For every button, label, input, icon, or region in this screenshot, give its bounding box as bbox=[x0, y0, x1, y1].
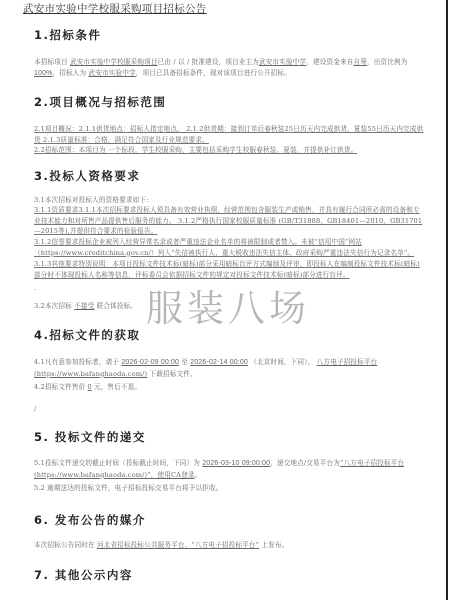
text: ，递交地点/交易平台为 bbox=[270, 459, 340, 467]
text: ，出资比例为 bbox=[367, 58, 407, 66]
section-3-heading: 3.投标人资格要求 bbox=[34, 168, 140, 184]
section-6-media: 本次招标公告同时在 河北省招标投标公共服务平台、“八方电子招投标平台” 上发布。 bbox=[34, 540, 426, 551]
section-4-heading: 4.招标文件的获取 bbox=[34, 327, 140, 343]
section-1-body: 本招标项目 武安市实验中学校服采购项目已由 / 以 / 批准建设，项目业主为武安… bbox=[34, 57, 426, 79]
section-4-price: 4.2招标文件售价 0 元，售后不退。 bbox=[34, 382, 426, 394]
text: （北京时间，下同）， bbox=[248, 358, 317, 366]
section-3-other: 3.1.3其他要求特别说明：本项目投标文件技术标(暗标)部分采用暗标盲评方式编制… bbox=[34, 259, 426, 280]
section-2-overview: 2.1项目概况：2.1.1供货地点：招标人指定地点。 2.1.2供货期：接到订单… bbox=[34, 124, 426, 145]
text: ，项目已具备招标条件，现对该项目进行公开招标。 bbox=[136, 69, 291, 77]
section-4-acquisition: 4.1凡有意参加投标者，请于 2026-02-09 00:00 至 2026-0… bbox=[34, 357, 426, 379]
section-5-submission: 5.1投标文件递交的截止时间（投标截止时间，下同）为 2026-03-10 09… bbox=[34, 458, 426, 480]
text: 元，售后不退。 bbox=[92, 383, 141, 391]
end-datetime: 2026-02-14 00:00 bbox=[190, 359, 248, 366]
funding-ratio: 100% bbox=[34, 70, 53, 77]
text: 本次招标公告同时在 bbox=[34, 541, 97, 549]
section-5-heading: 5. 投标文件的递交 bbox=[34, 429, 146, 445]
text: 至 bbox=[179, 358, 190, 366]
section-5-late: 5.2 逾期送达的投标文件，电子招标投标交易平台将予以拒收。 bbox=[34, 483, 426, 494]
project-name: 武安市实验中学校服采购项目 bbox=[70, 58, 158, 66]
text: 。 bbox=[195, 471, 202, 479]
text: 4.2招标文件售价 bbox=[34, 383, 88, 391]
text: 下载招标文件。 bbox=[147, 370, 196, 378]
text: 已由 / 以 / 批准建设，项目业主为 bbox=[158, 58, 259, 66]
funding-source: 自筹 bbox=[353, 58, 367, 66]
consortium-status: 不接受 bbox=[74, 302, 94, 310]
text: 本招标项目 bbox=[34, 58, 70, 66]
text: 5.1投标文件递交的截止时间（投标截止时间，下同）为 bbox=[34, 459, 202, 467]
section-4-slash: / bbox=[34, 404, 426, 415]
text: 联合体投标。 bbox=[94, 302, 137, 310]
tenderer-name: 武安市实验中学 bbox=[88, 69, 135, 77]
section-2-scope: 2.2招标范围：本项目为 一个标段，学生校服采购，主要包括采购学生校服春秋装、夏… bbox=[34, 145, 426, 156]
text: ，招标人为 bbox=[53, 69, 89, 77]
section-7-heading: 7. 其他公示内容 bbox=[34, 567, 133, 583]
text: 4.1凡有意参加投标者，请于 bbox=[34, 358, 121, 366]
section-3-credit: 3.1.2信誉要求投标企业被列入经营异常名录或者严重违法企业名单的将被限制或者禁… bbox=[34, 237, 426, 258]
text: 上发布。 bbox=[259, 541, 288, 549]
submission-deadline: 2026-03-10 09:00:00 bbox=[202, 460, 270, 467]
project-owner: 武安市实验中学 bbox=[259, 58, 306, 66]
document-title: 武安市实验中学校服采购项目招标公告 bbox=[23, 1, 207, 16]
section-3-intro: 3.1本次招标对投标人的资格要求如下: bbox=[34, 195, 426, 206]
section-6-heading: 6. 发布公告的媒介 bbox=[34, 512, 146, 528]
section-1-heading: 1.招标条件 bbox=[34, 27, 101, 43]
text: ，建设资金来自 bbox=[306, 58, 353, 66]
page-border bbox=[446, 0, 448, 600]
media-links[interactable]: 河北省招标投标公共服务平台、“八方电子招投标平台” bbox=[97, 541, 259, 549]
start-datetime: 2026-02-09 00:00 bbox=[121, 359, 179, 366]
section-3-qualification: 3.1.1资质要求3.1.1本次招标要求投标人须具备有效营业执照，经营范围包含服… bbox=[34, 205, 426, 237]
section-2-heading: 2.项目概况与招标范围 bbox=[34, 94, 166, 110]
text: 3.2本次招标 bbox=[34, 302, 74, 310]
watermark: 服装八场 bbox=[146, 278, 310, 332]
